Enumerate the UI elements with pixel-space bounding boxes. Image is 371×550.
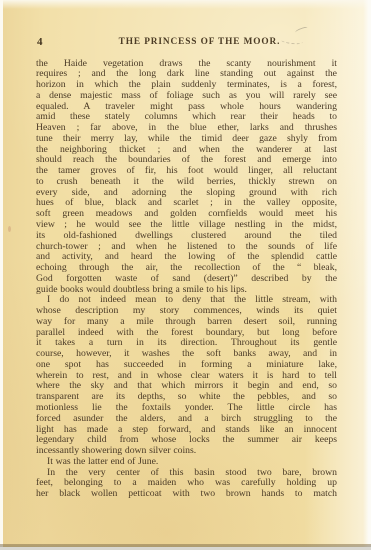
scan-edge-right [363,0,371,550]
book-page-scan: 4 THE PRINCESS OF THE MOOR. the Haide ve… [0,0,371,550]
ink-speck [8,226,11,232]
text-line: It was the latter end of June. [36,457,337,468]
text-line: a dense majestic mass of foliage such as… [36,91,337,102]
page-body: the Haide vegetation draws the scanty no… [36,59,337,500]
pencil-mark [295,26,309,35]
text-line: its old-fashioned dwellings clustered ar… [36,231,337,242]
text-line: forced asunder the alders, and a birch s… [36,414,337,425]
text-line: God forgotten waste of sand (desert)” de… [36,274,337,285]
scan-edge-left [0,0,3,550]
text-line: tune their merry lay, while the timid de… [36,134,337,145]
scan-edge-top [0,0,371,9]
text-line: her black wollen petticoat with two brow… [36,489,337,500]
